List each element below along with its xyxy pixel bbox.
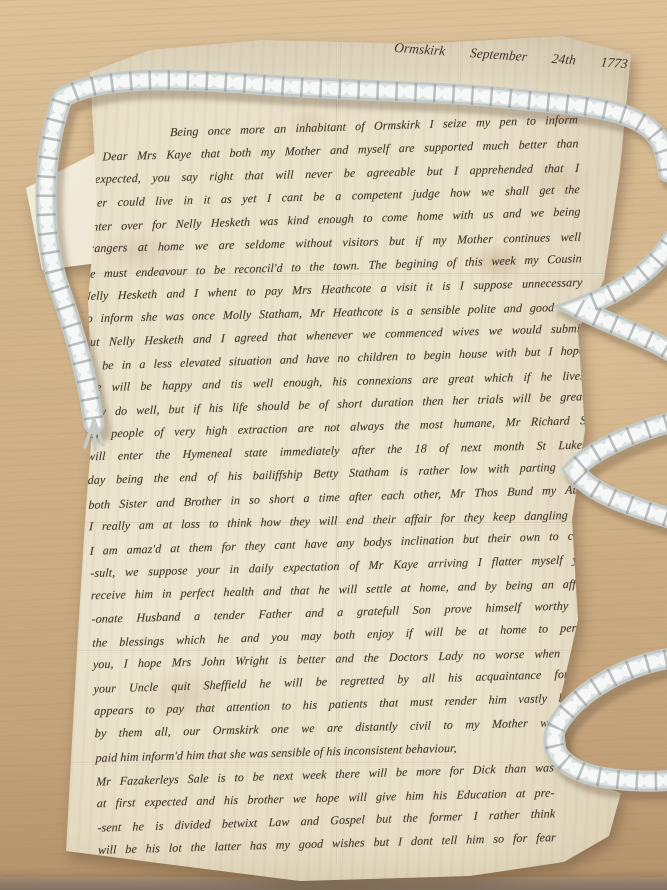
letter-body-text: Being once more an inhabitant of Ormskir… bbox=[78, 109, 598, 862]
letter-paper: Ormskirk September 24th 1773 Being once … bbox=[0, 0, 667, 890]
letter-wrap: Ormskirk September 24th 1773 Being once … bbox=[0, 0, 667, 890]
photograph-of-handwritten-letter: Ormskirk September 24th 1773 Being once … bbox=[0, 0, 667, 890]
letter-dateline: Ormskirk September 24th 1773 bbox=[393, 39, 629, 73]
